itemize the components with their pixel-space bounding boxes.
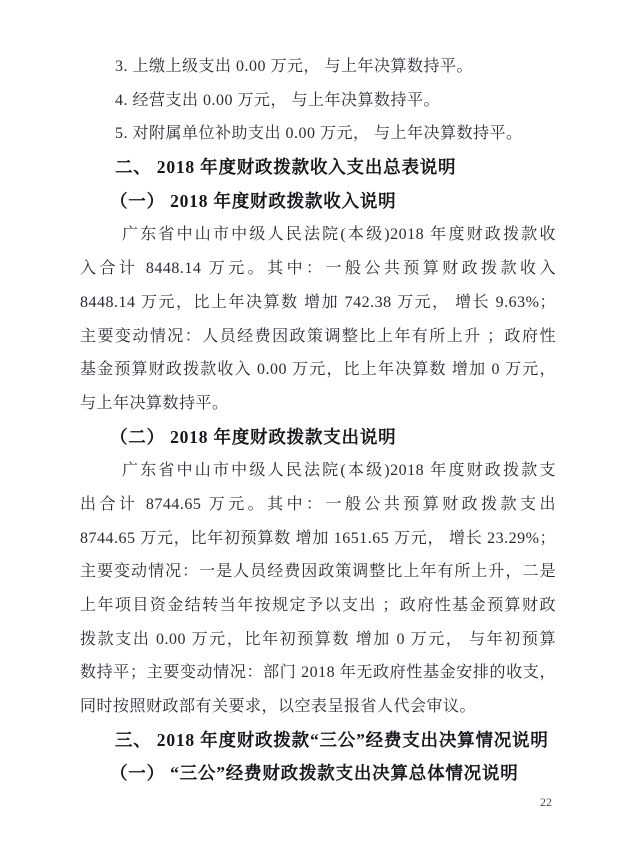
paragraph-line: 同时按照财政部有关要求，以空表呈报省人代会审议。 <box>80 690 556 724</box>
section-heading-3: 三、 2018 年度财政拨款“三公”经费支出决算情况说明 <box>80 724 556 758</box>
list-item-5: 5. 对附属单位补助支出 0.00 万元， 与上年决算数持平。 <box>80 117 556 151</box>
paragraph-line: 8744.65 万元，比年初预算数 增加 1651.65 万元， 增长 23.2… <box>80 522 556 556</box>
paragraph-line: 与上年决算数持平。 <box>80 387 556 421</box>
list-item-3: 3. 上缴上级支出 0.00 万元， 与上年决算数持平。 <box>80 50 556 84</box>
subsection-heading-2-1: （一） 2018 年度财政拨款收入说明 <box>80 185 556 219</box>
paragraph-line: 8448.14 万元，比上年决算数 增加 742.38 万元， 增长 9.63%… <box>80 286 556 320</box>
paragraph-line: 广东省中山市中级人民法院(本级)2018 年度财政拨款支 <box>80 454 556 488</box>
paragraph-line: 数持平；主要变动情况：部门 2018 年无政府性基金安排的收支， <box>80 656 556 690</box>
subsection-heading-2-2: （二） 2018 年度财政拨款支出说明 <box>80 421 556 455</box>
paragraph-line: 主要变动情况：一是人员经费因政策调整比上年有所上升，二是 <box>80 555 556 589</box>
subsection-heading-3-1: （一） “三公”经费财政拨款支出决算总体情况说明 <box>80 757 556 791</box>
section-heading-2: 二、 2018 年度财政拨款收入支出总表说明 <box>80 151 556 185</box>
paragraph-line: 上年项目资金结转当年按规定予以支出 ；政府性基金预算财政 <box>80 589 556 623</box>
document-page: 3. 上缴上级支出 0.00 万元， 与上年决算数持平。 4. 经营支出 0.0… <box>0 0 635 857</box>
paragraph-line: 拨款支出 0.00 万元，比年初预算数 增加 0 万元， 与年初预算 <box>80 623 556 657</box>
paragraph-line: 入合计 8448.14 万元。其中：一般公共预算财政拨款收入 <box>80 252 556 286</box>
page-number: 22 <box>540 795 552 810</box>
list-item-4: 4. 经营支出 0.00 万元， 与上年决算数持平。 <box>80 84 556 118</box>
document-body: 3. 上缴上级支出 0.00 万元， 与上年决算数持平。 4. 经营支出 0.0… <box>80 50 556 791</box>
paragraph-line: 基金预算财政拨款收入 0.00 万元，比上年决算数 增加 0 万元， <box>80 353 556 387</box>
paragraph-line: 主要变动情况：人员经费因政策调整比上年有所上升 ；政府性 <box>80 320 556 354</box>
paragraph-line: 广东省中山市中级人民法院(本级)2018 年度财政拨款收 <box>80 218 556 252</box>
paragraph-line: 出合计 8744.65 万元。其中：一般公共预算财政拨款支出 <box>80 488 556 522</box>
